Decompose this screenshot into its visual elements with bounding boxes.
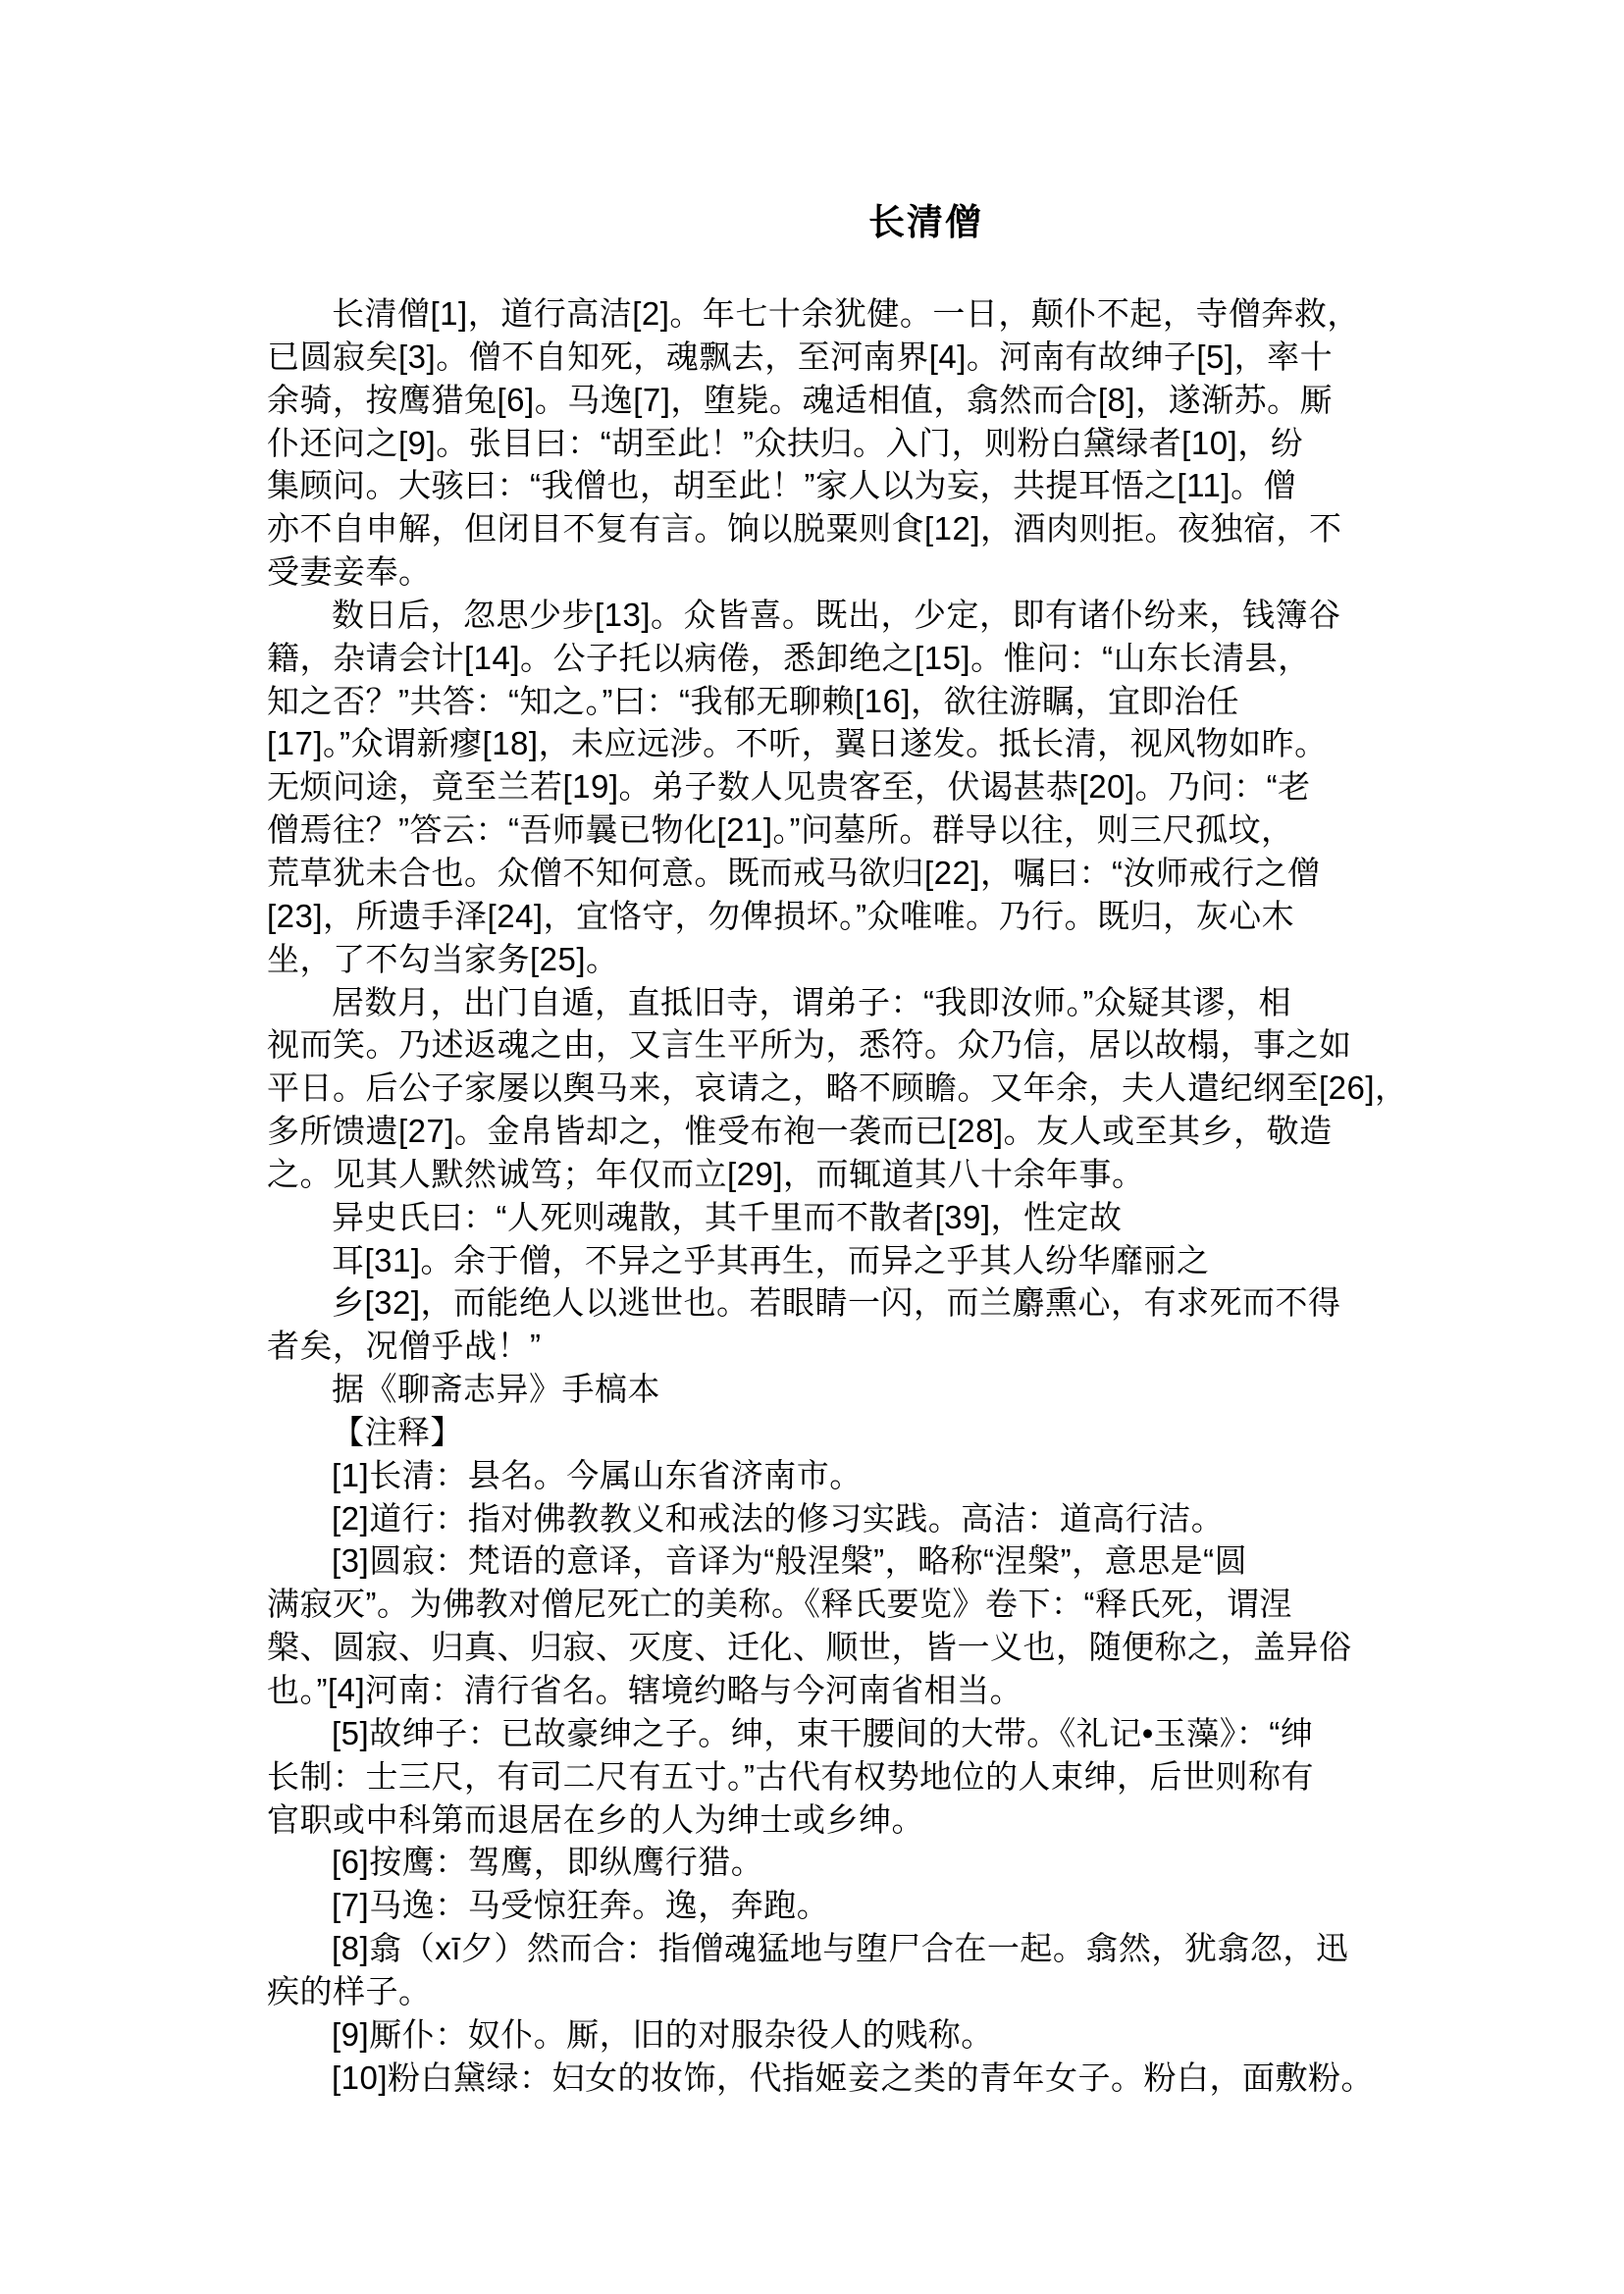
text-line: 满寂灭”。为佛教对僧尼死亡的美称。《释氏要览》卷下：“释氏死，谓涅 <box>267 1583 1454 1626</box>
page-title: 长清僧 <box>868 192 983 245</box>
text-line: 受妻妾奉。 <box>267 550 1454 594</box>
text-line: 也。”[4]河南：清行省名。辖境约略与今河南省相当。 <box>267 1669 1454 1712</box>
text-line: [10]粉白黛绿：妇女的妆饰，代指姬妾之类的青年女子。粉白，面敷粉。 <box>267 2057 1454 2100</box>
text-line: 僧焉往？”答云：“吾师曩已物化[21]。”问墓所。群导以往，则三尺孤坟， <box>267 808 1454 852</box>
text-line: [3]圆寂：梵语的意译，音译为“般涅槃”，略称“涅槃”，意思是“圆 <box>267 1539 1454 1583</box>
text-line: 之。见其人默然诚笃；年仅而立[29]，而辄道其八十余年事。 <box>267 1153 1454 1196</box>
text-line: 余骑，按鹰猎兔[6]。马逸[7]，堕毙。魂适相值，翕然而合[8]，遂渐苏。厮 <box>267 379 1454 422</box>
text-line: 据《聊斋志异》手槁本 <box>267 1368 1454 1411</box>
text-line: 官职或中科第而退居在乡的人为绅士或乡绅。 <box>267 1799 1454 1842</box>
text-line: 【注释】 <box>267 1411 1454 1454</box>
document-page: 长清僧 长清僧[1]，道行高洁[2]。年七十余犹健。一日，颠仆不起，寺僧奔救，已… <box>0 0 1624 2294</box>
text-line: [8]翕（xī夕）然而合：指僧魂猛地与堕尸合在一起。翕然，犹翕忽，迅 <box>267 1927 1454 1970</box>
text-line: 居数月，出门自遁，直抵旧寺，谓弟子：“我即汝师。”众疑其谬，相 <box>267 981 1454 1024</box>
text-line: 亦不自申解，但闭目不复有言。饷以脱粟则食[12]，酒肉则拒。夜独宿，不 <box>267 507 1454 550</box>
text-line: [7]马逸：马受惊狂奔。逸，奔跑。 <box>267 1884 1454 1927</box>
text-line: 知之否？”共答：“知之。”曰：“我郁无聊赖[16]，欲往游瞩，宜即治任 <box>267 680 1454 723</box>
text-line: [1]长清：县名。今属山东省济南市。 <box>267 1454 1454 1497</box>
text-line: [5]故绅子：已故豪绅之子。绅，束干腰间的大带。《礼记•玉藻》：“绅 <box>267 1712 1454 1755</box>
text-line: 集顾问。大骇曰：“我僧也，胡至此！”家人以为妄，共提耳悟之[11]。僧 <box>267 464 1454 507</box>
text-line: 坐，了不勾当家务[25]。 <box>267 938 1454 981</box>
text-line: 者矣，况僧乎战！” <box>267 1325 1454 1368</box>
text-line: 槃、圆寂、归真、归寂、灭度、迁化、顺世，皆一义也，随便称之，盖异俗 <box>267 1626 1454 1669</box>
text-line: 视而笑。乃述返魂之由，又言生平所为，悉符。众乃信，居以故榻，事之如 <box>267 1023 1454 1067</box>
text-line: [17]。”众谓新瘳[18]，未应远涉。不听，翼日遂发。抵长清，视风物如昨。 <box>267 722 1454 765</box>
text-line: 多所馈遗[27]。金帛皆却之，惟受布袍一袭而已[28]。友人或至其乡，敬造 <box>267 1110 1454 1153</box>
text-line: 已圆寂矣[3]。僧不自知死，魂飘去，至河南界[4]。河南有故绅子[5]，率十 <box>267 336 1454 379</box>
text-line: 耳[31]。余于僧，不异之乎其再生，而异之乎其人纷华靡丽之 <box>267 1239 1454 1282</box>
text-line: 籍，杂请会计[14]。公子托以病倦，悉卸绝之[15]。惟问：“山东长清县， <box>267 637 1454 680</box>
story-text: 长清僧[1]，道行高洁[2]。年七十余犹健。一日，颠仆不起，寺僧奔救，已圆寂矣[… <box>267 292 1454 2099</box>
text-line: 仆还问之[9]。张目曰：“胡至此！”众扶归。入门，则粉白黛绿者[10]，纷 <box>267 422 1454 465</box>
text-line: [2]道行：指对佛教教义和戒法的修习实践。高洁：道高行洁。 <box>267 1497 1454 1540</box>
text-line: 数日后，忽思少步[13]。众皆喜。既出，少定，即有诸仆纷来，钱簿谷 <box>267 594 1454 637</box>
text-line: [23]，所遗手泽[24]，宜恪守，勿俾损坏。”众唯唯。乃行。既归，灰心木 <box>267 895 1454 938</box>
text-line: 长清僧[1]，道行高洁[2]。年七十余犹健。一日，颠仆不起，寺僧奔救， <box>267 292 1454 336</box>
text-line: 荒草犹未合也。众僧不知何意。既而戒马欲归[22]，嘱曰：“汝师戒行之僧 <box>267 852 1454 895</box>
text-line: [9]厮仆：奴仆。厮，旧的对服杂役人的贱称。 <box>267 2013 1454 2057</box>
text-line: 长制：士三尺，有司二尺有五寸。”古代有权势地位的人束绅，后世则称有 <box>267 1755 1454 1799</box>
text-line: 异史氏曰：“人死则魂散，其千里而不散者[39]，性定故 <box>267 1196 1454 1239</box>
text-line: 乡[32]，而能绝人以逃世也。若眼睛一闪，而兰麝熏心，有求死而不得 <box>267 1281 1454 1325</box>
text-line: 平日。后公子家屡以舆马来，哀请之，略不顾瞻。又年余，夫人遣纪纲至[26]， <box>267 1067 1454 1110</box>
text-line: 疾的样子。 <box>267 1970 1454 2013</box>
text-line: [6]按鹰：驾鹰，即纵鹰行猎。 <box>267 1841 1454 1884</box>
text-line: 无烦问途，竟至兰若[19]。弟子数人见贵客至，伏谒甚恭[20]。乃问：“老 <box>267 765 1454 808</box>
